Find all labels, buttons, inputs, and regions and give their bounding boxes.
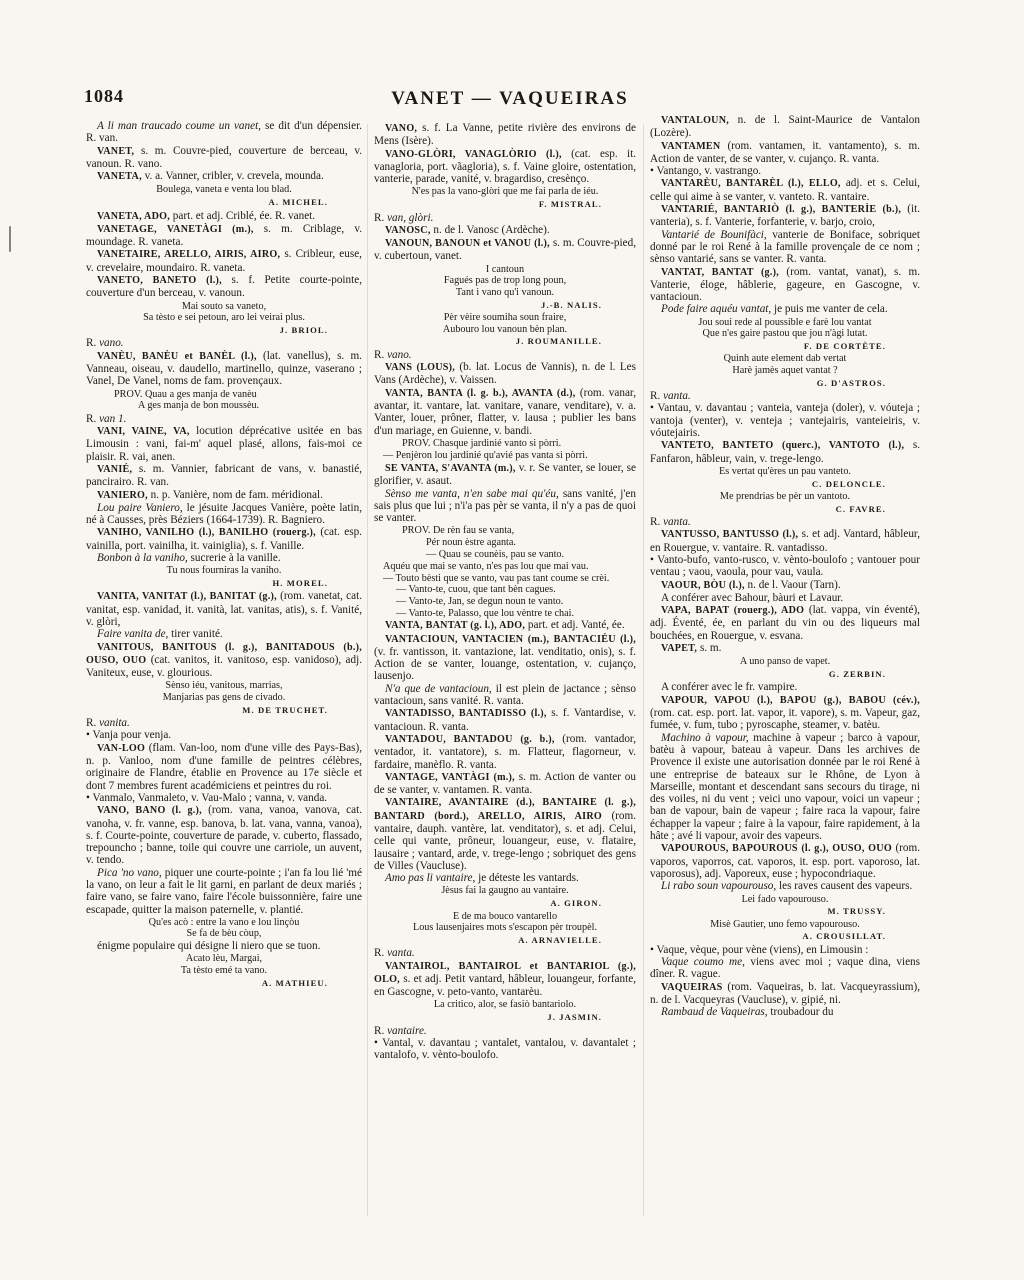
block-entry: SE VANTA, S'AVANTA (m.), v. r. Se vanter… xyxy=(374,462,636,488)
block-entry: VAOUR, BÒU (l.), n. de l. Vaour (Tarn). xyxy=(650,579,920,592)
block-entry: VANTETO, BANTETO (querc.), VANTOTO (l.),… xyxy=(650,439,920,465)
text-line: Aubouro lou vanoun bèn plan. xyxy=(374,324,636,336)
block-prov: PROV. Quau a ges manja de vanèuA ges man… xyxy=(86,389,362,412)
italic-lead: A li man traucado coume un vanet, xyxy=(97,120,265,132)
block-entry: VAPOUROUS, BAPOUROUS (l. g.), OUSO, OUO … xyxy=(650,842,920,880)
block-prov: PROV. Chasque jardinié vanto si pòrri. xyxy=(374,438,636,450)
page-header-title: VANET — VAQUEIRAS xyxy=(360,88,660,110)
headword: VANITOUS, BANITOUS (l. g.), BANITADOUS (… xyxy=(86,642,362,666)
text-line: Fagués pas de trop long poun, xyxy=(374,275,636,287)
italic-lead: Sènso me vanta, n'en sabe mai qu'éu, xyxy=(385,488,563,500)
headword: VANTAT, BANTAT (g.), xyxy=(661,267,786,278)
headword: VANO, BANO (l. g.), xyxy=(97,805,208,816)
headword: VANETAGE, VANETÀGI (m.), xyxy=(97,224,264,235)
text-line: Harè jamès aquet vantat ? xyxy=(650,365,920,377)
text-line: Boulega, vaneta e venta lou blad. xyxy=(86,184,362,196)
block-verse: Jou soui rede al poussible e farè lou va… xyxy=(650,317,920,340)
headword: VANETA, ADO, xyxy=(97,211,173,222)
dictionary-page: 1084 VANET — VAQUEIRAS A li man traucado… xyxy=(0,0,1024,1280)
block-entry: VANI, VAINE, VA, locution déprécative us… xyxy=(86,425,362,463)
text-line: Tu nous fourniras la vaniho. xyxy=(86,565,362,577)
block-entry: VAPA, BAPAT (rouerg.), ADO (lat. vappa, … xyxy=(650,604,920,642)
block-entry: VANETO, BANETO (l.), s. f. Petite courte… xyxy=(86,274,362,300)
block-entry: VANO, s. f. La Vanne, petite rivière des… xyxy=(374,122,636,148)
block-entry: VANTAIROL, BANTAIROL et BANTARIOL (g.), … xyxy=(374,960,636,999)
block-entry: VANETA, v. a. Vanner, cribler, v. crevel… xyxy=(86,170,362,183)
block-entry: VANETAGE, VANETÀGI (m.), s. m. Criblage,… xyxy=(86,223,362,249)
text-line: Lous lausenjaires mots s'escapon pèr tro… xyxy=(374,922,636,934)
headword: VANTARÈU, BANTARÈL (l.), ELLO, xyxy=(661,178,846,189)
reference-word: van 1. xyxy=(99,413,126,425)
reference-word: vantaire. xyxy=(387,1025,427,1037)
block-entry: VANTALOUN, n. de l. Saint-Maurice de Van… xyxy=(650,114,920,140)
block-entry: VANÈU, BANÈU et BANÈL (l.), (lat. vanell… xyxy=(86,350,362,388)
block-verse: N'es pas la vano-glòri que me fai parla … xyxy=(374,186,636,198)
block-attr: G. D'ASTROS. xyxy=(650,378,920,389)
block-prov: PROV. De rèn fau se vanta,Pér noun èstre… xyxy=(374,525,636,560)
block-para: Bonbon à la vaniho, sucrerie à la vanill… xyxy=(86,552,362,564)
block-entry: VAN-LOO (flam. Van-loo, nom d'une ville … xyxy=(86,742,362,792)
block-attr: A. MICHEL. xyxy=(86,197,362,208)
text-line: Acato lèu, Margai, xyxy=(86,953,362,965)
headword: VANO, xyxy=(385,123,422,134)
block-verse: Jèsus fai la gaugno au vantaire. xyxy=(374,885,636,897)
block-entry: VANO-GLÒRI, VANAGLÒRIO (l.), (cat. esp. … xyxy=(374,148,636,186)
headword: VANS (LOUS), xyxy=(385,362,459,373)
block-para: Pode faire aquéu vantat, je puis me vant… xyxy=(650,303,920,315)
italic-lead: N'a que de vantacioun, xyxy=(385,683,496,695)
headword: VANETO, BANETO (l.), xyxy=(97,275,232,286)
italic-lead: Lou paire Vaniero, xyxy=(97,502,187,514)
reference-word: van, glòri. xyxy=(387,212,433,224)
headword: VANTETO, BANTETO (querc.), VANTOTO (l.), xyxy=(661,440,913,451)
block-verse: Sènso iéu, vanitous, marrias,Manjarias p… xyxy=(86,680,362,703)
block-dashq: — Vanto-te, Palasso, que lou vèntre te c… xyxy=(374,608,636,620)
text-line: Manjarias pas gens de civado. xyxy=(86,692,362,704)
headword: VANOUN, BANOUN et VANOU (l.), xyxy=(385,238,553,249)
block-verse: Quinh aute element dab vertatHarè jamès … xyxy=(650,353,920,376)
block-verse: La critico, alor, se fasiò bantariolo. xyxy=(374,999,636,1011)
text-line: Se fa de bèu còup, xyxy=(86,928,362,940)
block-bullet: • Vanmalo, Vanmaleto, v. Vau-Malo ; vann… xyxy=(86,792,362,804)
text-line: Mai souto sa vaneto, xyxy=(86,301,362,313)
block-bullet: • Vantal, v. davantau ; vantalet, vantal… xyxy=(374,1037,636,1062)
block-para: Vantarié de Bounifàci, vanterie de Bonif… xyxy=(650,229,920,266)
block-verse: Me prendrias be pèr un vantoto. xyxy=(650,491,920,503)
block-dashq: — Vanto-te, Jan, se degun noun te vanto. xyxy=(374,596,636,608)
block-entry: VANETA, ADO, part. et adj. Criblé, ée. R… xyxy=(86,210,362,223)
text-line: Que n'es gaire pastou que jou n'àgi luta… xyxy=(650,328,920,340)
block-verse: Pèr vèire soumiha soun fraire,Aubouro lo… xyxy=(374,312,636,335)
block-para: énigme populaire qui désigne li niero qu… xyxy=(86,940,362,952)
italic-lead: Machino à vapour, xyxy=(661,732,753,744)
text-line: N'es pas la vano-glòri que me fai parla … xyxy=(374,186,636,198)
text-line: Sa tèsto e sei petoun, aro lei veirai pl… xyxy=(86,312,362,324)
block-attr: J.-B. NALIS. xyxy=(374,300,636,311)
block-attr: F. MISTRAL. xyxy=(374,199,636,210)
headword: VAPOUR, VAPOU (l.), BAPOU (g.), BABOU (c… xyxy=(661,695,920,706)
block-attr: A. MATHIEU. xyxy=(86,978,362,989)
text-line: Jou soui rede al poussible e farè lou va… xyxy=(650,317,920,329)
headword: VANITA, VANITAT (l.), BANITAT (g.), xyxy=(97,591,280,602)
scan-margin-artifact xyxy=(9,226,11,252)
headword: VANTUSSO, BANTUSSO (l.), xyxy=(661,529,802,540)
block-attr: G. ZERBIN. xyxy=(650,669,920,680)
headword: VANET, xyxy=(97,146,141,157)
headword: VANETAIRE, ARELLO, AIRIS, AIRO, xyxy=(97,249,284,260)
italic-lead: Li rabo soun vapourouso, xyxy=(661,880,779,892)
block-entry: VAPOUR, VAPOU (l.), BAPOU (g.), BABOU (c… xyxy=(650,694,920,732)
italic-lead: Vaque coumo me, xyxy=(661,956,750,968)
headword: VANIHO, VANILHO (l.), BANILHO (rouerg.), xyxy=(97,527,320,538)
block-ref: R. vano. xyxy=(86,337,362,349)
block-entry: VANTAMEN (rom. vantamen, it. vantamento)… xyxy=(650,140,920,166)
block-para: Vaque coumo me, viens avec moi ; vaque d… xyxy=(650,956,920,981)
block-attr: A. CROUSILLAT. xyxy=(650,931,920,942)
headword: VAOUR, BÒU (l.), xyxy=(661,580,748,591)
block-entry: VANTAIRE, AVANTAIRE (d.), BANTAIRE (l. g… xyxy=(374,796,636,872)
column-middle: VANO, s. f. La Vanne, petite rivière des… xyxy=(374,122,636,1061)
headword: VANI, VAINE, VA, xyxy=(97,426,196,437)
headword: VAPA, BAPAT (rouerg.), ADO xyxy=(661,605,809,616)
block-verse: Qu'es acò : entre la vano e lou linçòuSe… xyxy=(86,917,362,940)
block-quote: — Penjèron lou jardinié qu'avié pas vant… xyxy=(374,450,636,462)
italic-lead: Pica 'no vano, xyxy=(97,867,165,879)
italic-lead: Bonbon à la vaniho, xyxy=(97,552,191,564)
block-bullet: • Vanto-bufo, vanto-rusco, v. vènto-boul… xyxy=(650,554,920,579)
block-entry: VANOSC, n. de l. Vanosc (Ardèche). xyxy=(374,224,636,237)
reference-word: vanta. xyxy=(663,390,691,402)
reference-word: vano. xyxy=(99,337,124,349)
block-entry: VANITA, VANITAT (l.), BANITAT (g.), (rom… xyxy=(86,590,362,628)
block-dashq: — Vanto-te, cuou, que tant bèn cagues. xyxy=(374,584,636,596)
block-verse: I cantounFagués pas de trop long poun,Ta… xyxy=(374,264,636,299)
block-verse: E de ma bouco vantarelloLous lausenjaire… xyxy=(374,911,636,934)
block-entry: VANETAIRE, ARELLO, AIRIS, AIRO, s. Cribl… xyxy=(86,248,362,274)
headword: VANTARIÉ, BANTARIÒ (l. g.), BANTERÌE (b.… xyxy=(661,204,907,215)
block-entry: VANIÉ, s. m. Vannier, fabricant de vans,… xyxy=(86,463,362,489)
block-attr: A. ARNAVIELLE. xyxy=(374,935,636,946)
block-para: Amo pas li vantaire, je déteste les vant… xyxy=(374,872,636,884)
text-line: Tant i vano qu'i vanoun. xyxy=(374,287,636,299)
block-attr: J. BRIOL. xyxy=(86,325,362,336)
headword: VANTAIRE, AVANTAIRE (d.), BANTAIRE (l. g… xyxy=(374,797,636,821)
headword: VANO-GLÒRI, VANAGLÒRIO (l.), xyxy=(385,149,571,160)
text-line: E de ma bouco vantarello xyxy=(374,911,636,923)
block-para: N'a que de vantacioun, il est plein de j… xyxy=(374,683,636,708)
block-attr: M. DE TRUCHET. xyxy=(86,705,362,716)
block-para: A li man traucado coume un vanet, se dit… xyxy=(86,120,362,145)
text-line: Quinh aute element dab vertat xyxy=(650,353,920,365)
block-entry: VANTA, BANTAT (g. l.), ADO, part. et adj… xyxy=(374,619,636,632)
text-line: A ges manja de bon moussèu. xyxy=(86,400,362,412)
block-para: A conférer avec le fr. vampire. xyxy=(650,681,920,693)
block-entry: VANTADISSO, BANTADISSO (l.), s. f. Vanta… xyxy=(374,707,636,733)
text-line: PROV. De rèn fau se vanta, xyxy=(374,525,636,537)
block-bullet: • Vantau, v. davantau ; vanteia, vanteja… xyxy=(650,402,920,439)
block-ref: R. vanta. xyxy=(650,516,920,528)
block-entry: VANTACIOUN, VANTACIEN (m.), BANTACIÉU (l… xyxy=(374,633,636,683)
italic-lead: Rambaud de Vaqueiras, xyxy=(661,1006,770,1018)
block-bullet: • Vantango, v. vastrango. xyxy=(650,165,920,177)
block-para: Sènso me vanta, n'en sabe mai qu'éu, san… xyxy=(374,488,636,525)
headword: VANTALOUN, xyxy=(661,115,738,126)
headword: VANTADOU, BANTADOU (g. b.), xyxy=(385,734,562,745)
headword: VANOSC, xyxy=(385,225,433,236)
block-ref: R. van 1. xyxy=(86,413,362,425)
block-entry: VANIHO, VANILHO (l.), BANILHO (rouerg.),… xyxy=(86,526,362,552)
block-entry: VANTAT, BANTAT (g.), (rom. vantat, vanat… xyxy=(650,266,920,304)
column-rule xyxy=(643,124,644,1216)
block-attr: J. ROUMANILLE. xyxy=(374,336,636,347)
text-line: I cantoun xyxy=(374,264,636,276)
headword: VANIÉ, xyxy=(97,464,139,475)
headword: SE VANTA, S'AVANTA (m.), xyxy=(385,463,519,474)
headword: VANÈU, BANÈU et BANÈL (l.), xyxy=(97,351,263,362)
headword: VANTA, BANTA (l. g. b.), AVANTA (d.), xyxy=(385,388,580,399)
block-para: Machino à vapour, machine à vapeur ; bar… xyxy=(650,732,920,843)
headword: VANTAMEN xyxy=(661,141,727,152)
block-verse: Es vertat qu'ères un pau vanteto. xyxy=(650,466,920,478)
block-para: Lou paire Vaniero, le jésuite Jacques Va… xyxy=(86,502,362,527)
block-para: Li rabo soun vapourouso, les raves cause… xyxy=(650,880,920,892)
block-entry: VANET, s. m. Couvre-pied, couverture de … xyxy=(86,145,362,171)
headword: VAN-LOO xyxy=(97,743,149,754)
block-quote: Aquéu que mai se vanto, n'es pas lou que… xyxy=(374,561,636,573)
block-para: Faire vanita de, tirer vanité. xyxy=(86,628,362,640)
block-bullet: • Vanja pour venja. xyxy=(86,729,362,741)
text-line: Sènso iéu, vanitous, marrias, xyxy=(86,680,362,692)
text-line: Es vertat qu'ères un pau vanteto. xyxy=(650,466,920,478)
block-verse: Mai souto sa vaneto,Sa tèsto e sei petou… xyxy=(86,301,362,324)
block-verse: Tu nous fourniras la vaniho. xyxy=(86,565,362,577)
block-para: Rambaud de Vaqueiras, troubadour du xyxy=(650,1006,920,1018)
block-attr: C. FAVRE. xyxy=(650,504,920,515)
italic-lead: Faire vanita de, xyxy=(97,628,171,640)
block-entry: VANTAGE, VANTÀGI (m.), s. m. Action de v… xyxy=(374,771,636,797)
block-para: A conférer avec Bahour, bàuri et Lavaur. xyxy=(650,592,920,604)
block-entry: VANTARIÉ, BANTARIÒ (l. g.), BANTERÌE (b.… xyxy=(650,203,920,229)
block-ref: R. vanta. xyxy=(374,947,636,959)
block-para: Pica 'no vano, piquer une courte-pointe … xyxy=(86,867,362,916)
block-entry: VANTUSSO, BANTUSSO (l.), s. et adj. Vant… xyxy=(650,528,920,554)
block-verse: Acato lèu, Margai,Ta tèsto emé ta vano. xyxy=(86,953,362,976)
text-line: A uno panso de vapet. xyxy=(650,656,920,668)
block-bullet: • Vaque, vèque, pour vène (viens), en Li… xyxy=(650,944,920,956)
block-entry: VANTADOU, BANTADOU (g. b.), (rom. vantad… xyxy=(374,733,636,771)
headword: VAPOUROUS, BAPOUROUS (l. g.), OUSO, OUO xyxy=(661,843,895,854)
block-entry: VANTA, BANTA (l. g. b.), AVANTA (d.), (r… xyxy=(374,387,636,437)
block-verse: Misè Gautier, uno femo vapourouso. xyxy=(650,919,920,931)
block-entry: VAPET, s. m. xyxy=(650,642,920,655)
block-entry: VANOUN, BANOUN et VANOU (l.), s. m. Couv… xyxy=(374,237,636,263)
block-ref: R. vanta. xyxy=(650,390,920,402)
headword: VANTAGE, VANTÀGI (m.), xyxy=(385,772,519,783)
block-verse: Lei fado vapourouso. xyxy=(650,894,920,906)
block-entry: VAQUEIRAS (rom. Vaqueiras, b. lat. Vacqu… xyxy=(650,981,920,1007)
reference-word: vano. xyxy=(387,349,412,361)
reference-word: vanta. xyxy=(663,516,691,528)
headword: VANTA, BANTAT (g. l.), ADO, xyxy=(385,620,528,631)
block-ref: R. vantaire. xyxy=(374,1025,636,1037)
column-right: VANTALOUN, n. de l. Saint-Maurice de Van… xyxy=(650,114,920,1018)
text-line: Lei fado vapourouso. xyxy=(650,894,920,906)
column-rule xyxy=(367,124,368,1216)
block-attr: F. DE CORTÈTE. xyxy=(650,341,920,352)
text-line: PROV. Quau a ges manja de vanèu xyxy=(86,389,362,401)
block-verse: A uno panso de vapet. xyxy=(650,656,920,668)
headword: VANETA, xyxy=(97,171,145,182)
text-line: La critico, alor, se fasiò bantariolo. xyxy=(374,999,636,1011)
text-line: Misè Gautier, uno femo vapourouso. xyxy=(650,919,920,931)
block-verse: Boulega, vaneta e venta lou blad. xyxy=(86,184,362,196)
block-attr: M. TRUSSY. xyxy=(650,906,920,917)
text-line: Jèsus fai la gaugno au vantaire. xyxy=(374,885,636,897)
column-left: A li man traucado coume un vanet, se dit… xyxy=(86,120,362,990)
italic-lead: Amo pas li vantaire, xyxy=(385,872,478,884)
block-ref: R. vanita. xyxy=(86,717,362,729)
text-line: Qu'es acò : entre la vano e lou linçòu xyxy=(86,917,362,929)
headword: VANTADISSO, BANTADISSO (l.), xyxy=(385,708,551,719)
headword: VANTACIOUN, VANTACIEN (m.), BANTACIÉU (l… xyxy=(385,634,636,645)
block-entry: VANO, BANO (l. g.), (rom. vana, vanoa, v… xyxy=(86,804,362,866)
block-attr: A. GIRON. xyxy=(374,898,636,909)
headword: VANIERO, xyxy=(97,490,151,501)
text-line: Me prendrias be pèr un vantoto. xyxy=(650,491,920,503)
page-number: 1084 xyxy=(84,86,124,107)
block-ref: R. van, glòri. xyxy=(374,212,636,224)
text-line: Ta tèsto emé ta vano. xyxy=(86,965,362,977)
italic-lead: Pode faire aquéu vantat, xyxy=(661,303,774,315)
headword: VAPET, xyxy=(661,643,700,654)
italic-lead: Vantarié de Bounifàci, xyxy=(661,229,772,241)
block-attr: C. DELONCLE. xyxy=(650,479,920,490)
headword: VANTAIROL, BANTAIROL et BANTARIOL (g.), … xyxy=(374,961,636,985)
headword: VAQUEIRAS xyxy=(661,982,727,993)
block-attr: J. JASMIN. xyxy=(374,1012,636,1023)
block-entry: VANS (LOUS), (b. lat. Locus de Vannis), … xyxy=(374,361,636,387)
block-entry: VANITOUS, BANITOUS (l. g.), BANITADOUS (… xyxy=(86,641,362,680)
text-line: PROV. Chasque jardinié vanto si pòrri. xyxy=(374,438,636,450)
block-quote: — Touto bèsti que se vanto, vau pas tant… xyxy=(374,573,636,585)
text-line: Pér noun èstre aganta. xyxy=(374,537,636,549)
block-attr: H. MOREL. xyxy=(86,578,362,589)
block-entry: VANTARÈU, BANTARÈL (l.), ELLO, adj. et s… xyxy=(650,177,920,203)
reference-word: vanita. xyxy=(99,717,130,729)
block-entry: VANIERO, n. p. Vanière, nom de fam. méri… xyxy=(86,489,362,502)
text-line: Pèr vèire soumiha soun fraire, xyxy=(374,312,636,324)
text-line: — Quau se counèis, pau se vanto. xyxy=(374,549,636,561)
reference-word: vanta. xyxy=(387,947,415,959)
block-ref: R. vano. xyxy=(374,349,636,361)
